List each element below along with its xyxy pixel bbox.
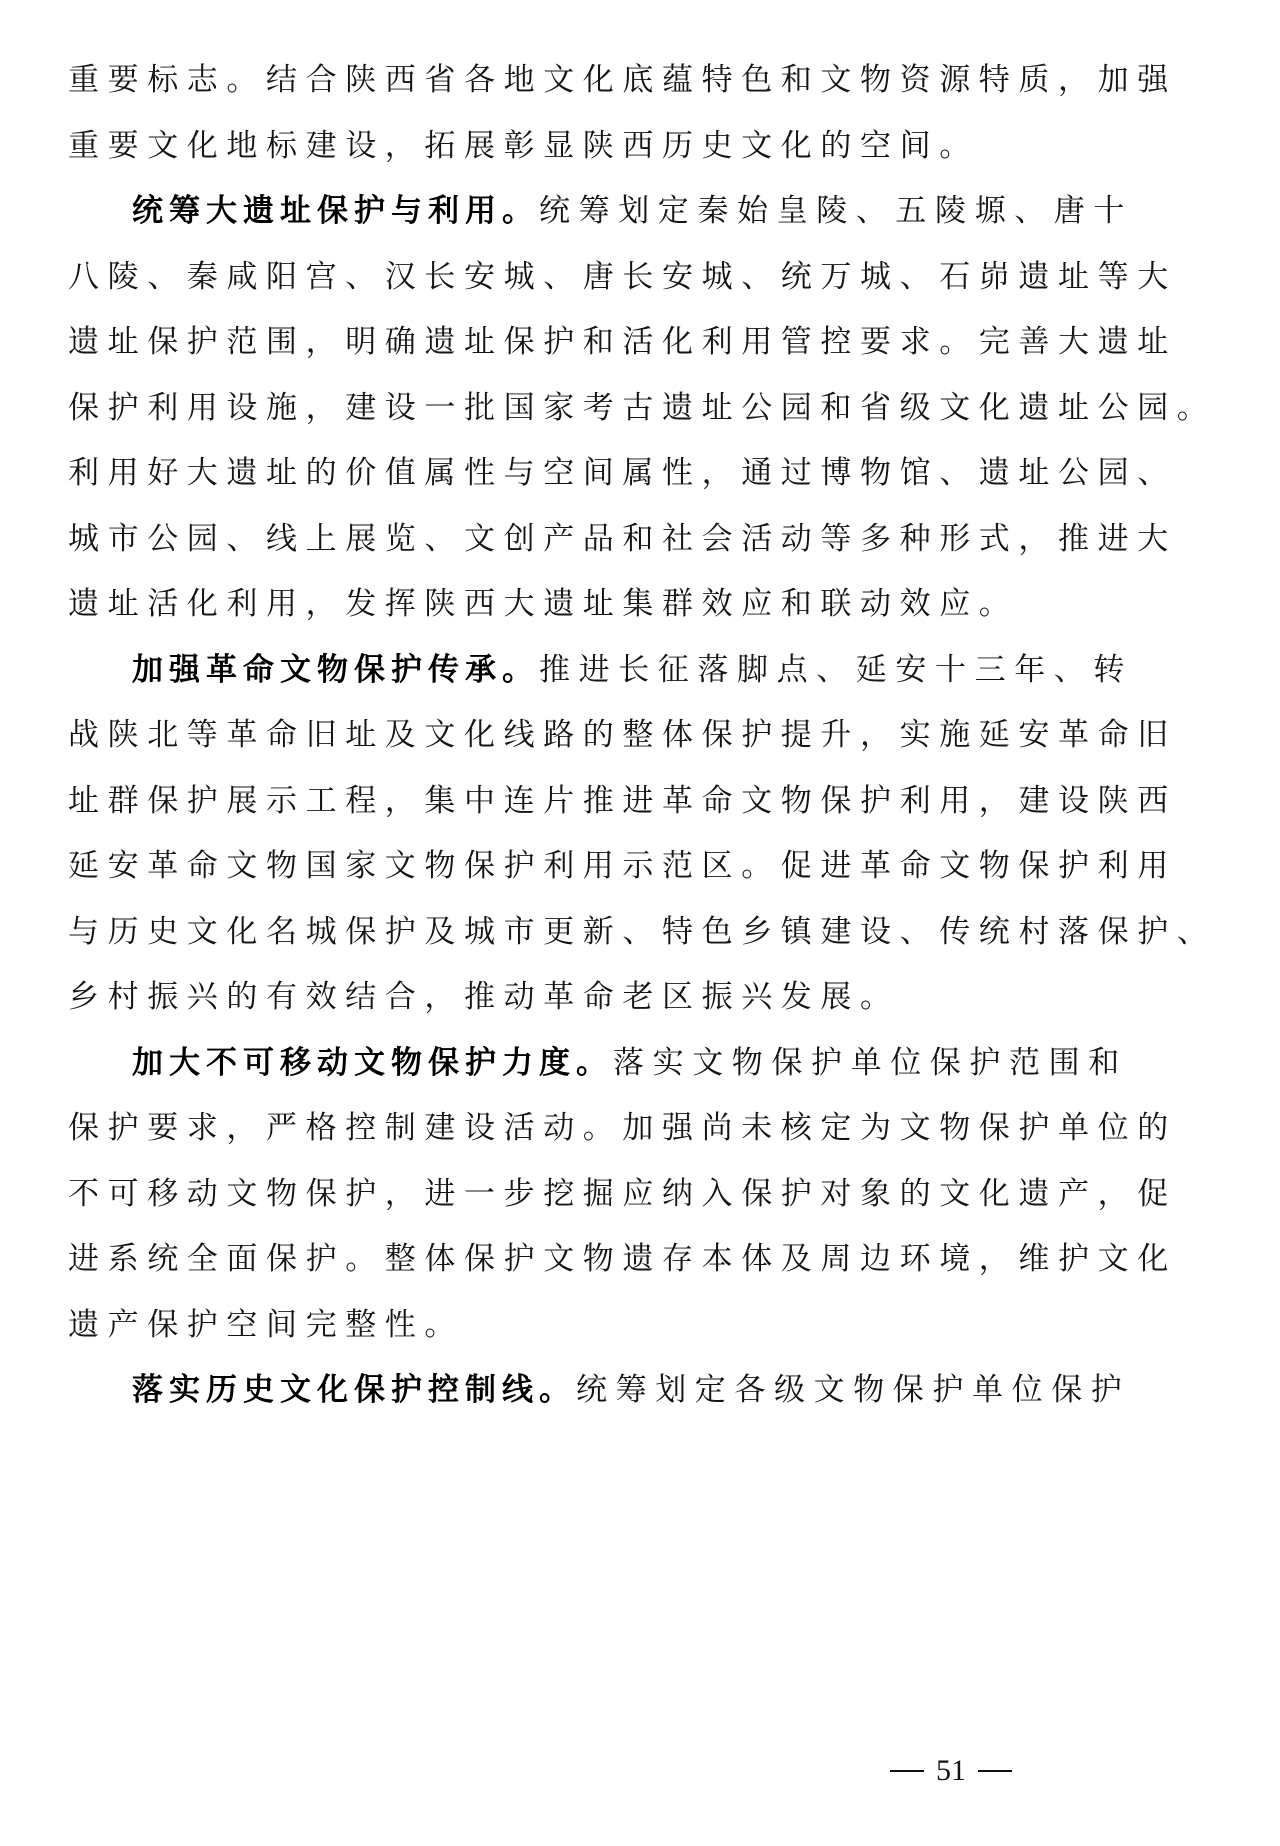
text-line: 址群保护展示工程，集中连片推进革命文物保护利用，建设陕西 — [68, 769, 1038, 835]
text-line: 进系统全面保护。整体保护文物遗存本体及周边环境，维护文化 — [68, 1227, 1038, 1293]
page-number: 51 — [936, 1754, 966, 1788]
text-line: 遗址保护范围，明确遗址保护和活化利用管控要求。完善大遗址 — [68, 310, 1038, 376]
text-span: 推进长征落脚点、延安十三年、转 — [539, 652, 1133, 688]
paragraph-first-line: 落实历史文化保护控制线。统筹划定各级文物保护单位保护 — [68, 1358, 1038, 1424]
text-line: 利用好大遗址的价值属性与空间属性，通过博物馆、遗址公园、 — [68, 441, 1038, 507]
text-line: 遗产保护空间完整性。 — [68, 1293, 1038, 1359]
text-line: 保护要求，严格控制建设活动。加强尚未核定为文物保护单位的 — [68, 1096, 1038, 1162]
text-line: 不可移动文物保护，进一步挖掘应纳入保护对象的文化遗产，促 — [68, 1162, 1038, 1228]
dash-right — [978, 1770, 1012, 1772]
page-footer: 51 — [890, 1754, 1012, 1788]
paragraph-first-line: 加大不可移动文物保护力度。落实文物保护单位保护范围和 — [68, 1031, 1038, 1097]
text-line: 保护利用设施，建设一批国家考古遗址公园和省级文化遗址公园。 — [68, 376, 1038, 442]
text-line: 乡村振兴的有效结合，推动革命老区振兴发展。 — [68, 965, 1038, 1031]
paragraph-heading: 加大不可移动文物保护力度。 — [132, 1045, 613, 1081]
text-line: 八陵、秦咸阳宫、汉长安城、唐长安城、统万城、石峁遗址等大 — [68, 245, 1038, 311]
text-line: 战陕北等革命旧址及文化线路的整体保护提升，实施延安革命旧 — [68, 703, 1038, 769]
text-line: 延安革命文物国家文物保护利用示范区。促进革命文物保护利用 — [68, 834, 1038, 900]
document-body: 重要标志。结合陕西省各地文化底蕴特色和文物资源特质，加强 重要文化地标建设，拓展… — [68, 48, 1038, 1424]
paragraph-heading: 落实历史文化保护控制线。 — [132, 1372, 576, 1408]
text-line: 与历史文化名城保护及城市更新、特色乡镇建设、传统村落保护、 — [68, 900, 1038, 966]
text-line: 重要标志。结合陕西省各地文化底蕴特色和文物资源特质，加强 — [68, 48, 1038, 114]
text-line: 遗址活化利用，发挥陕西大遗址集群效应和联动效应。 — [68, 572, 1038, 638]
text-line: 重要文化地标建设，拓展彰显陕西历史文化的空间。 — [68, 114, 1038, 180]
paragraph-first-line: 加强革命文物保护传承。推进长征落脚点、延安十三年、转 — [68, 638, 1038, 704]
text-span: 统筹划定各级文物保护单位保护 — [576, 1372, 1130, 1408]
paragraph-heading: 统筹大遗址保护与利用。 — [132, 193, 539, 229]
paragraph-first-line: 统筹大遗址保护与利用。统筹划定秦始皇陵、五陵塬、唐十 — [68, 179, 1038, 245]
paragraph-heading: 加强革命文物保护传承。 — [132, 652, 539, 688]
dash-left — [890, 1770, 924, 1772]
text-span: 落实文物保护单位保护范围和 — [613, 1045, 1128, 1081]
document-page: 重要标志。结合陕西省各地文化底蕴特色和文物资源特质，加强 重要文化地标建设，拓展… — [0, 0, 1280, 1846]
text-line: 城市公园、线上展览、文创产品和社会活动等多种形式，推进大 — [68, 507, 1038, 573]
text-span: 统筹划定秦始皇陵、五陵塬、唐十 — [539, 193, 1133, 229]
